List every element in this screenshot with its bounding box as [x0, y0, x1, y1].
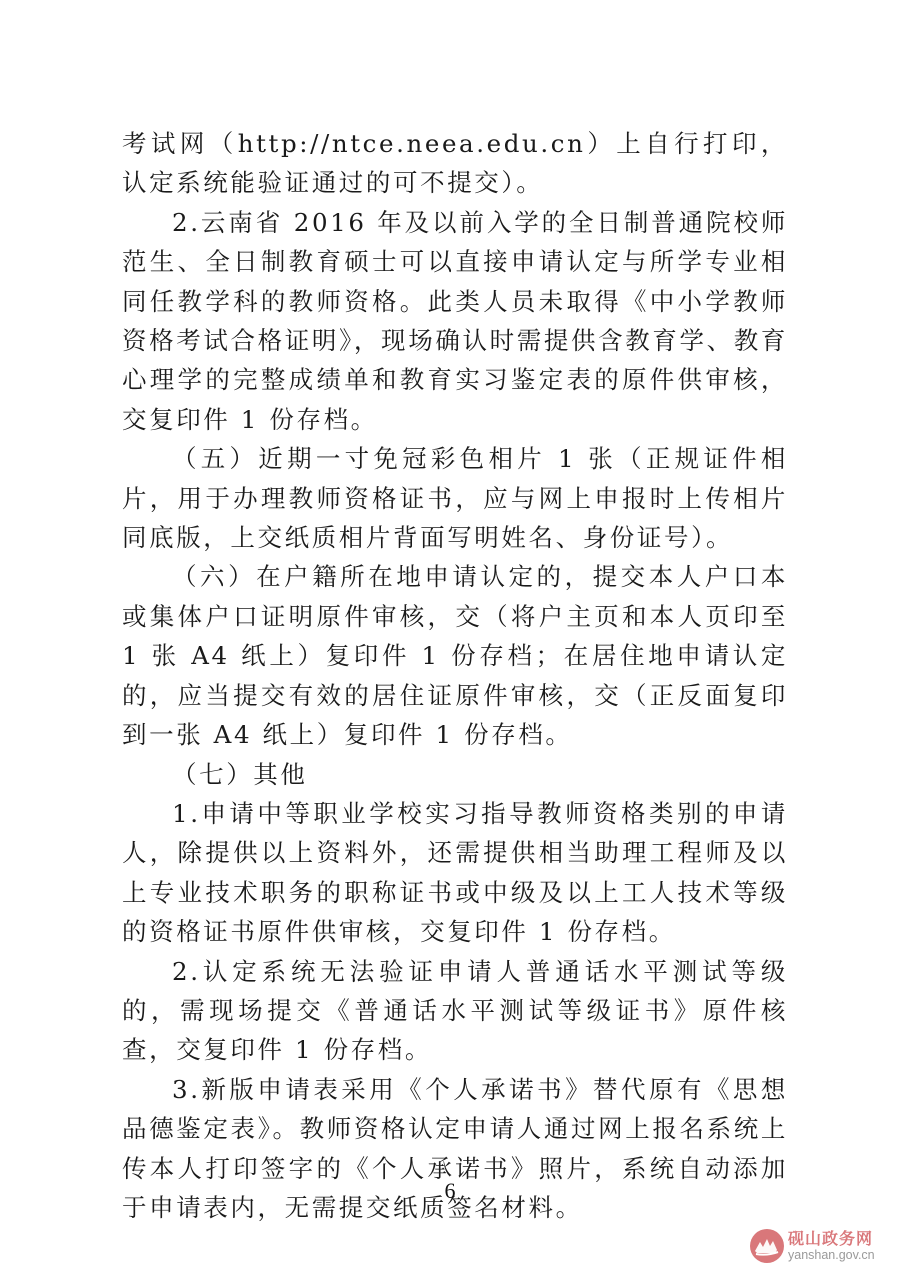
paragraph-section-7-item-1: 1.申请中等职业学校实习指导教师资格类别的申请人，除提供以上资料外，还需提供相当…: [122, 794, 788, 952]
paragraph-section-5-photo: （五）近期一寸免冠彩色相片 1 张（正规证件相片，用于办理教师资格证书，应与网上…: [122, 439, 788, 557]
document-page: 考试网（http://ntce.neea.edu.cn）上自行打印，认定系统能验…: [122, 124, 788, 1227]
paragraph-continuation: 考试网（http://ntce.neea.edu.cn）上自行打印，认定系统能验…: [122, 124, 788, 203]
paragraph-section-6-household: （六）在户籍所在地申请认定的，提交本人户口本或集体户口证明原件审核，交（将户主页…: [122, 557, 788, 754]
watermark-url: yanshan.gov.cn: [788, 1249, 875, 1262]
site-watermark: 砚山政务网 yanshan.gov.cn: [750, 1224, 900, 1268]
watermark-title: 砚山政务网: [788, 1231, 875, 1247]
page-number: 6: [0, 1178, 900, 1204]
paragraph-item-2-yunnan: 2.云南省 2016 年及以前入学的全日制普通院校师范生、全日制教育硕士可以直接…: [122, 203, 788, 439]
mountain-logo-icon: [750, 1229, 784, 1263]
heading-section-7-other: （七）其他: [122, 755, 788, 794]
paragraph-section-7-item-2: 2.认定系统无法验证申请人普通话水平测试等级的，需现场提交《普通话水平测试等级证…: [122, 952, 788, 1070]
